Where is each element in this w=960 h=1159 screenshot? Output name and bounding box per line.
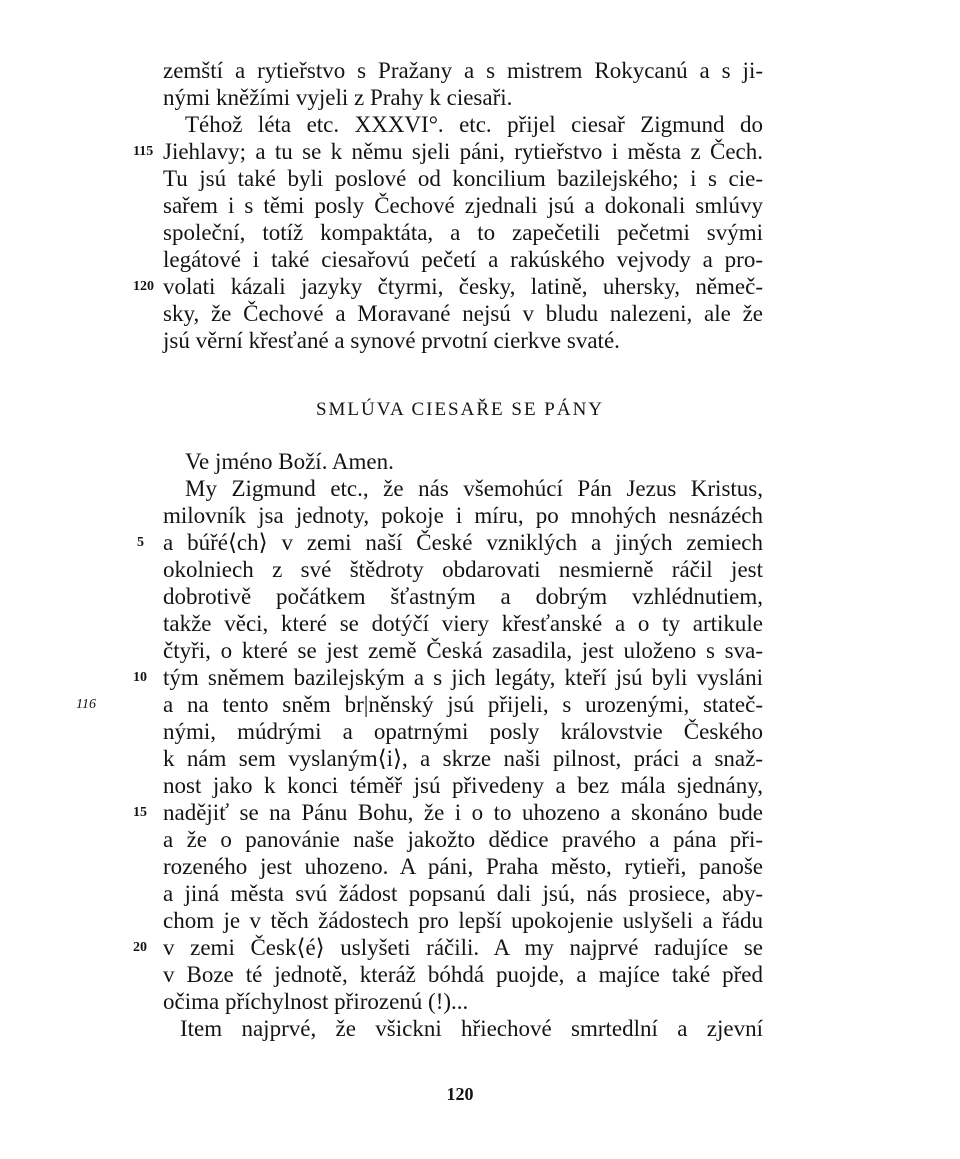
- text-line: v zemi Česk⟨é⟩ uslyšeti ráčili. A my naj…: [163, 934, 763, 961]
- text-line: jsú věrní křesťané a synové prvotní cier…: [163, 327, 763, 354]
- line-number: 115: [133, 138, 153, 165]
- text-line: nými kněžími vyjeli z Prahy k ciesaři.: [163, 84, 763, 111]
- line-number: 20: [133, 934, 147, 961]
- text-line: Tu jsú také byli poslové od koncilium ba…: [163, 165, 763, 192]
- text-line: tým sněmem bazilejským a s jich legáty, …: [163, 664, 763, 691]
- text-line: nost jako k konci téměř jsú přivedeny a …: [163, 772, 763, 799]
- text-line: rozeného jest uhozeno. A páni, Praha měs…: [163, 853, 763, 880]
- text-line: volati kázali jazyky čtyrmi, česky, lati…: [163, 273, 763, 300]
- text-line: a že o panovánie naše jakožto dědice pra…: [163, 826, 763, 853]
- text-line: zemští a rytieřstvo s Pražany a s mistre…: [163, 57, 763, 84]
- text-line: nadějiť se na Pánu Bohu, že i o to uhoze…: [163, 799, 763, 826]
- line-number: 5: [137, 529, 144, 556]
- text-line: a na tento sněm br|něnský jsú přijeli, s…: [163, 691, 763, 718]
- text-line: v Boze té jednotě, kteráž bóhdá puojde, …: [163, 961, 763, 988]
- text-line: okolniech z své štědroty obdarovati nesm…: [163, 556, 763, 583]
- text-line: Téhož léta etc. XXXVI°. etc. přijel cies…: [185, 111, 763, 138]
- page-reference-marker: 116: [76, 691, 96, 718]
- text-line: My Zigmund etc., že nás všemohúcí Pán Je…: [185, 475, 763, 502]
- line-number: 10: [133, 664, 147, 691]
- text-line: takže věci, které se dotýčí viery křesťa…: [163, 610, 763, 637]
- section-heading: SMLÚVA CIESAŘE SE PÁNY: [0, 396, 920, 423]
- text-line: Ve jméno Boží. Amen.: [185, 448, 763, 475]
- text-line: legátové i také ciesařovú pečetí a rakús…: [163, 246, 763, 273]
- text-line: nými, múdrými a opatrnými posly královst…: [163, 718, 763, 745]
- text-line: a jiná města svú žádost popsanú dali jsú…: [163, 880, 763, 907]
- text-line: chom je v těch žádostech pro lepší upoko…: [163, 907, 763, 934]
- page-number: 120: [0, 1084, 920, 1105]
- text-line: očima příchylnost přirozenú (!)...: [163, 988, 763, 1015]
- text-line: sky, že Čechové a Moravané nejsú v bludu…: [163, 300, 763, 327]
- text-line: k nám sem vyslaným⟨i⟩, a skrze naši piln…: [163, 745, 763, 772]
- text-line: dobrotivě počátkem šťastným a dobrým vzh…: [163, 583, 763, 610]
- text-line: a búřé⟨ch⟩ v zemi naší České vzniklých a…: [163, 529, 763, 556]
- book-page: zemští a rytieřstvo s Pražany a s mistre…: [0, 0, 960, 1159]
- text-line: Jiehlavy; a tu se k němu sjeli páni, ryt…: [163, 138, 763, 165]
- line-number: 15: [133, 799, 147, 826]
- text-line: čtyři, o které se jest země Česká zasadi…: [163, 637, 763, 664]
- text-line: společní, totíž kompaktáta, a to zapečet…: [163, 219, 763, 246]
- text-line: Item najprvé, že všickni hřiechové smrte…: [180, 1015, 763, 1042]
- line-number: 120: [133, 273, 154, 300]
- text-line: milovník jsa jednoty, pokoje i míru, po …: [163, 502, 763, 529]
- text-line: sařem i s těmi posly Čechové zjednali js…: [163, 192, 763, 219]
